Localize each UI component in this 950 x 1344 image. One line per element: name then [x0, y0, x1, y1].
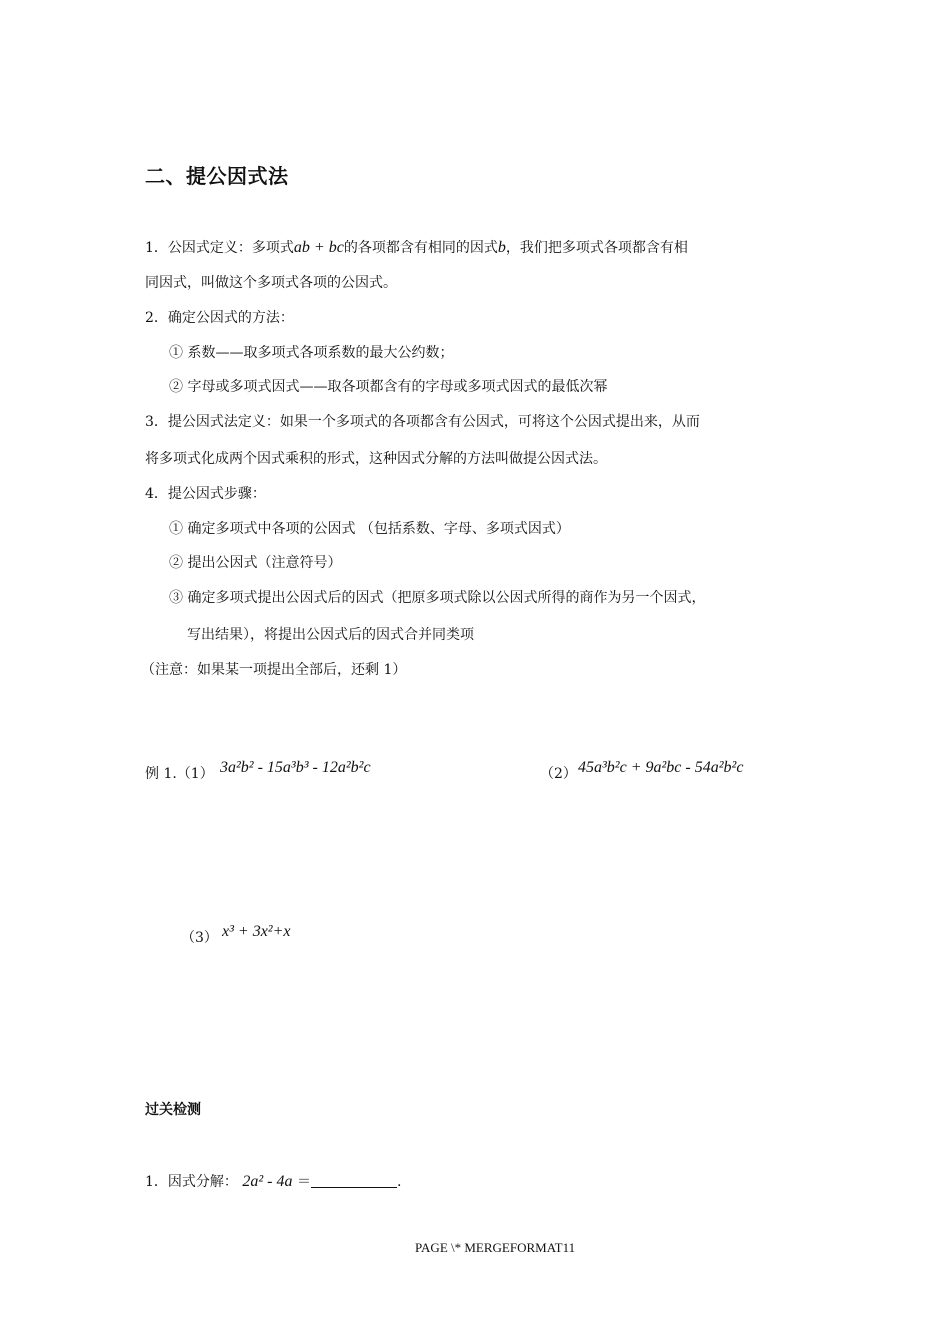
example-label: 例 1.（1）	[145, 764, 214, 784]
definition-1-suffix: ，我们把多项式各项都含有相	[506, 240, 688, 256]
example-expression-1: 3a²b² - 15a³b³ - 12a²b²c	[220, 759, 371, 777]
steps-title: 4．提公因式步骤：	[145, 484, 266, 504]
method-item-1: ① 系数——取多项式各项系数的最大公约数；	[169, 343, 453, 363]
definition-1-line-2: 同因式，叫做这个多项式各项的公因式。	[145, 273, 397, 293]
check-question-1-expression: 2a² - 4a	[242, 1173, 292, 1190]
definition-1-line-1: 1．公因式定义：多项式ab + bc的各项都含有相同的因式b，我们把多项式各项都…	[145, 238, 688, 258]
answer-blank[interactable]	[311, 1173, 397, 1188]
example-label-3: （3）	[181, 928, 218, 948]
check-question-1: 1．因式分解： 2a² - 4a ＝.	[145, 1172, 401, 1192]
step-item-3-line-2: 写出结果），将提出公因式后的因式合并同类项	[187, 625, 474, 645]
method-item-2: ② 字母或多项式因式——取各项都含有的字母或多项式因式的最低次幂	[169, 377, 607, 397]
example-expression-3: x³ + 3x²+x	[222, 923, 291, 941]
check-question-1-equals: ＝	[297, 1174, 311, 1190]
step-item-2: ② 提出公因式（注意符号）	[169, 553, 341, 573]
step-item-1: ① 确定多项式中各项的公因式 （包括系数、字母、多项式因式）	[169, 519, 570, 539]
definition-1-math-b: b	[498, 239, 506, 256]
example-expression-2: 45a³b²c + 9a²bc - 54a²b²c	[578, 759, 743, 777]
definition-1-math: ab + bc	[294, 239, 344, 256]
check-title: 过关检测	[145, 1099, 201, 1119]
method-title: 2．确定公因式的方法：	[145, 308, 294, 328]
definition-3-line-2: 将多项式化成两个因式乘积的形式，这种因式分解的方法叫做提公因式法。	[145, 449, 607, 469]
check-question-1-prefix: 1．因式分解：	[145, 1174, 238, 1190]
definition-1-prefix: 1．公因式定义：多项式	[145, 240, 294, 256]
note: （注意：如果某一项提出全部后，还剩 1）	[141, 660, 406, 680]
check-question-1-end: .	[397, 1174, 401, 1190]
page-footer: PAGE \* MERGEFORMAT11	[415, 1240, 575, 1256]
definition-1-mid: 的各项都含有相同的因式	[344, 240, 498, 256]
definition-3-line-1: 3．提公因式法定义：如果一个多项式的各项都含有公因式，可将这个公因式提出来，从而	[145, 412, 700, 432]
step-item-3-line-1: ③ 确定多项式提出公因式后的因式（把原多项式除以公因式所得的商作为另一个因式，	[169, 588, 705, 608]
example-label-2: （2）	[540, 764, 577, 784]
section-title: 二、提公因式法	[145, 160, 289, 189]
